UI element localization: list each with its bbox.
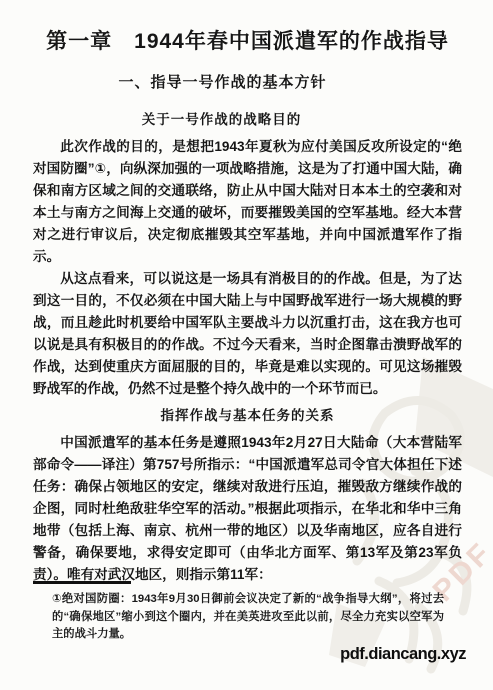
subsection-heading-strategic-aim: 关于一号作战的战略目的 xyxy=(33,108,462,128)
footnote: ①绝对国防圈：1943年9月30日御前会议决定了新的“战争指导大纲”，将过去的“… xyxy=(52,591,444,644)
book-page: PDF 第一章 1944年春中国派遣军的作战指导 一、指导一号作战的基本方针 关… xyxy=(0,0,493,690)
paragraph-3: 中国派遣军的基本任务是遵照1943年2月27日大陆命（大本营陆军部命令——译注）… xyxy=(33,432,462,586)
paragraph-2: 从这点看来，可以说这是一场具有消极目的的作战。但是，为了达到这一目的，不仅必须在… xyxy=(33,268,462,400)
body-text-block-1: 此次作战的目的，是想把1943年夏秋为应付美国反攻所设定的“绝对国防圈”①，向纵… xyxy=(33,136,462,400)
paragraph-1: 此次作战的目的，是想把1943年夏秋为应付美国反攻所设定的“绝对国防圈”①，向纵… xyxy=(33,136,462,268)
site-watermark-text: pdf.diancang.xyz xyxy=(340,645,466,664)
chapter-title: 第一章 1944年春中国派遣军的作战指导 xyxy=(33,25,462,55)
subsection-heading-command-tasks: 指挥作战与基本任务的关系 xyxy=(33,404,462,424)
page-text-layer: 第一章 1944年春中国派遣军的作战指导 一、指导一号作战的基本方针 关于一号作… xyxy=(0,0,493,690)
footnote-divider xyxy=(33,581,131,584)
section-heading: 一、指导一号作战的基本方针 xyxy=(33,71,462,92)
body-text-block-2: 中国派遣军的基本任务是遵照1943年2月27日大陆命（大本营陆军部命令——译注）… xyxy=(33,432,462,586)
